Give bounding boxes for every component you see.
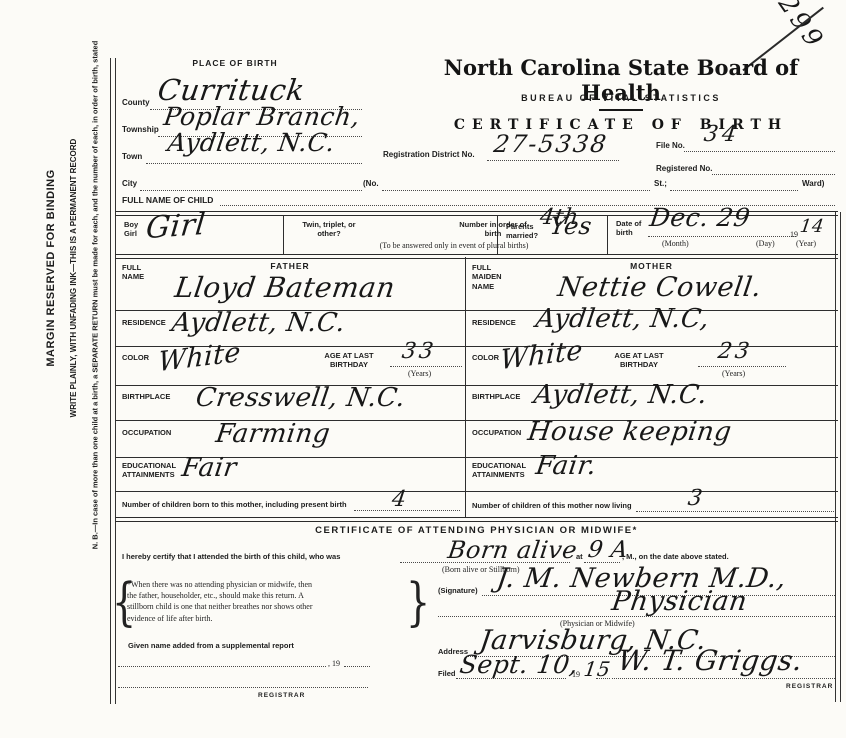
date-of-birth-line	[648, 236, 796, 237]
street-label: St.;	[654, 179, 667, 189]
parents-married-label: Parents married?	[506, 222, 552, 241]
mother-age-label: AGE AT LAST BIRTHDAY	[608, 351, 670, 370]
city-line	[140, 190, 362, 191]
father-years-caption: (Years)	[408, 369, 431, 379]
certify-prefix: I hereby certify that I attended the bir…	[122, 552, 340, 561]
mother-color-label: COLOR	[472, 353, 499, 362]
mother-age-value: 23	[716, 341, 753, 363]
note-line-2: the father, householder, etc., should ma…	[127, 591, 304, 601]
mother-birthplace-value: Aydlett, N.C.	[532, 382, 709, 408]
supplemental-year-line	[344, 666, 370, 667]
rule-education-row	[115, 491, 838, 492]
children-born-value: 4	[390, 489, 408, 511]
file-no-line	[684, 151, 835, 152]
town-line	[146, 163, 362, 164]
month-caption: (Month)	[662, 239, 689, 249]
parents-married-value: Yes	[548, 214, 593, 238]
ward-label: Ward)	[802, 179, 824, 189]
father-occupation-label: OCCUPATION	[122, 428, 171, 437]
date-of-birth-label: Date of birth	[616, 219, 652, 238]
registration-district-line	[487, 160, 619, 161]
children-born-line	[354, 510, 460, 511]
supplemental-report-label: Given name added from a supplemental rep…	[128, 641, 294, 650]
mother-color-value: White	[500, 337, 584, 375]
note-line-1: *When there was no attending physician o…	[127, 579, 312, 591]
father-residence-label: RESIDENCE	[122, 318, 166, 327]
father-education-label: EDUCATIONAL ATTAINMENTS	[122, 461, 188, 480]
bureau-subtitle: BUREAU OF VITAL STATISTICS	[420, 93, 822, 104]
supplemental-line-2	[118, 687, 368, 688]
mother-occupation-value: House keeping	[526, 419, 733, 445]
at-label: at	[576, 552, 583, 561]
supplemental-year-label: , 19	[328, 659, 340, 669]
mother-occupation-label: OCCUPATION	[472, 428, 521, 437]
mother-title: MOTHER	[465, 261, 838, 272]
file-no-value: 34	[702, 124, 741, 146]
father-birthplace-label: BIRTHPLACE	[122, 392, 170, 401]
full-name-of-child-label: FULL NAME OF CHILD	[122, 195, 213, 206]
children-living-line	[636, 511, 834, 512]
year-caption: (Year)	[796, 239, 816, 249]
mother-age-line	[698, 366, 786, 367]
mother-residence-label: RESIDENCE	[472, 318, 516, 327]
role-value: Physician	[610, 588, 749, 615]
certify-suffix: , M., on the date above stated.	[622, 552, 729, 561]
note-line-3: stillborn child is one that neither brea…	[127, 602, 313, 612]
parents-table-bottom-rule	[115, 517, 838, 522]
mother-name-value: Nettie Cowell.	[556, 274, 763, 301]
mother-birthplace-label: BIRTHPLACE	[472, 392, 520, 401]
filed-year-prefix: 19	[572, 670, 580, 680]
supplemental-line-1	[118, 666, 326, 667]
street-no-line	[382, 190, 650, 191]
mother-years-caption: (Years)	[722, 369, 745, 379]
father-age-value: 33	[400, 341, 437, 363]
filed-year-line	[596, 678, 610, 679]
street-line	[670, 190, 798, 191]
boy-label: Boy	[124, 220, 138, 229]
children-born-label: Number of children born to this mother, …	[122, 500, 347, 509]
children-living-label: Number of children of this mother now li…	[472, 501, 632, 510]
registrar-right-label: REGISTRAR	[786, 683, 833, 691]
place-of-birth-title: PLACE OF BIRTH	[150, 58, 320, 69]
date-of-birth-value: Dec. 29	[648, 205, 752, 230]
filed-date-value: Sept. 10,	[458, 652, 580, 677]
filed-year-value: 15	[583, 659, 612, 679]
town-label: Town	[122, 152, 142, 162]
file-no-label: File No.	[656, 141, 685, 151]
city-label: City	[122, 179, 137, 189]
street-no-label: (No.	[363, 179, 379, 189]
township-value: Poplar Branch,	[162, 104, 362, 129]
birth-certificate-scan: MARGIN RESERVED FOR BINDING WRITE PLAINL…	[0, 0, 846, 738]
mother-residence-value: Aydlett, N.C,	[534, 306, 711, 332]
registration-district-label: Registration District No.	[383, 150, 475, 160]
mother-education-value: Fair.	[534, 453, 598, 479]
father-name-label: FULL NAME	[122, 263, 154, 282]
father-age-label: AGE AT LAST BIRTHDAY	[318, 351, 380, 370]
year-value: 14	[799, 218, 825, 236]
sex-value: Girl	[144, 210, 207, 244]
township-label: Township	[122, 125, 159, 135]
registered-no-line	[712, 174, 835, 175]
margin-nb-note-text: N. B.—In case of more than one child at …	[90, 41, 99, 550]
children-living-value: 3	[686, 488, 704, 510]
father-color-label: COLOR	[122, 353, 149, 362]
twin-triplet-label: Twin, triplet, or other?	[292, 220, 366, 239]
born-status-value: Born alive	[446, 538, 578, 562]
header-divider	[599, 109, 643, 111]
registrar-left-label: REGISTRAR	[258, 692, 305, 700]
father-birthplace-value: Cresswell, N.C.	[194, 385, 407, 411]
margin-binding-text: MARGIN RESERVED FOR BINDING	[45, 169, 59, 366]
county-label: County	[122, 98, 150, 108]
certificate-title: CERTIFICATE OF BIRTH	[420, 117, 822, 133]
father-education-value: Fair	[180, 455, 238, 481]
father-residence-value: Aydlett, N.C.	[170, 310, 347, 336]
note-brace-right: }	[406, 570, 430, 635]
town-value: Aydlett, N.C.	[166, 130, 336, 155]
mother-education-label: EDUCATIONAL ATTAINMENTS	[472, 461, 538, 480]
father-occupation-value: Farming	[214, 421, 332, 447]
registered-no-label: Registered No.	[656, 164, 712, 174]
girl-label: Girl	[124, 229, 137, 238]
registration-district-value: 27-5338	[492, 132, 609, 156]
row1-divider-1	[283, 215, 284, 255]
mother-name-label: FULL MAIDEN NAME	[472, 263, 510, 291]
registrar-signature-value: W. T. Griggs.	[616, 647, 804, 675]
row1-bottom-rule	[115, 254, 838, 259]
note-line-4: evidence of life after birth.	[127, 614, 213, 624]
plural-births-note: (To be answered only in event of plural …	[288, 241, 620, 251]
margin-write-plainly-text: WRITE PLAINLY, WITH UNFADING INK—THIS IS…	[69, 139, 79, 418]
county-value: Currituck	[156, 76, 307, 105]
registrar-signature-line	[612, 678, 835, 679]
father-age-line	[390, 366, 462, 367]
father-name-value: Lloyd Bateman	[173, 274, 397, 302]
parents-center-divider	[465, 257, 466, 517]
father-color-value: White	[158, 339, 242, 377]
signature-label: (Signature)	[438, 586, 478, 595]
filed-label: Filed	[438, 669, 456, 678]
day-caption: (Day)	[756, 239, 775, 249]
